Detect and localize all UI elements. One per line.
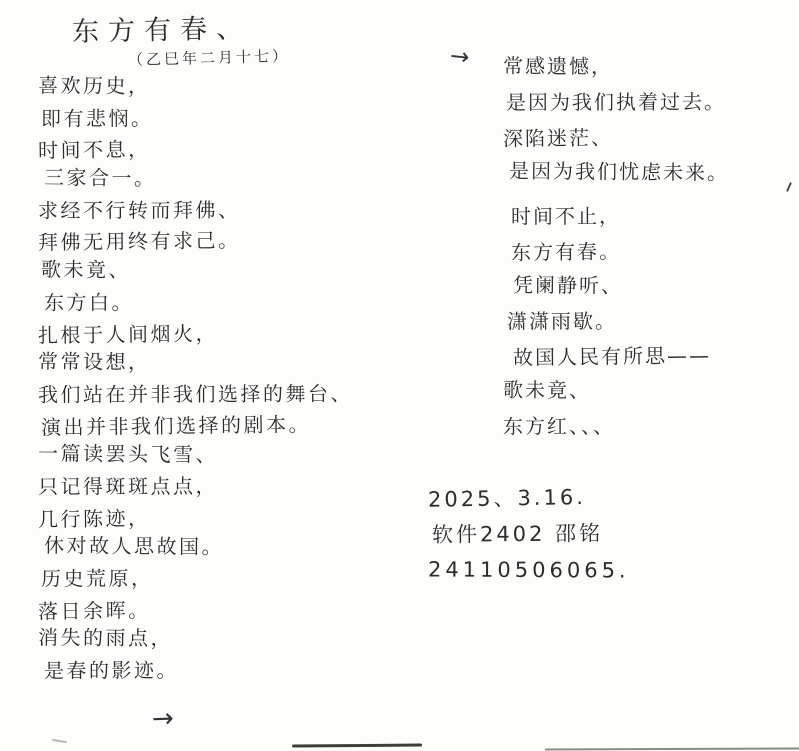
poem-line: 喜欢历史， xyxy=(38,70,448,104)
page-edge-line xyxy=(545,748,799,751)
handwritten-poem-page: 东方有春、 （乙巳年二月十七） 喜欢历史， 即有悲悯。 时间不息， 三家合一。 … xyxy=(0,0,799,751)
poem-line: 演出并非我们选择的剧本。 xyxy=(38,407,448,443)
poem-line: 是因为我们执着过去。 xyxy=(503,84,793,120)
poem-line: 时间不息， xyxy=(38,131,448,167)
poem-line: 几行陈迹， xyxy=(38,499,448,535)
poem-title: 东方有春、 xyxy=(72,6,253,49)
poem-line: 我们站在并非我们选择的舞台、 xyxy=(38,378,448,410)
poem-line: 深陷迷茫、 xyxy=(503,118,793,157)
poem-line: 故国人民有所思—— xyxy=(503,337,793,376)
poem-line: 即有悲悯。 xyxy=(38,102,448,134)
page-edge-mark xyxy=(52,739,67,743)
poem-line: 历史荒原， xyxy=(38,562,448,594)
poem-line: 拜佛无用终有求己。 xyxy=(38,223,448,259)
poem-line: 只记得斑斑点点， xyxy=(38,470,448,502)
poem-line: 休对故人思故国。 xyxy=(38,531,448,565)
poem-line: 是因为我们忧虑未来。 xyxy=(503,154,793,192)
poem-line: 一篇读罢头飞雪、 xyxy=(38,438,448,472)
poem-line: 扎根于人间烟火， xyxy=(38,315,448,351)
poem-line: 消失的雨点， xyxy=(38,623,448,657)
signature-class-and-name: 软件2402 邵铭 xyxy=(428,515,630,553)
poem-line: 三家合一。 xyxy=(38,162,448,196)
poem-line: 歌未竟、 xyxy=(38,254,448,288)
continuation-arrow-icon: → xyxy=(449,43,471,71)
poem-line: 凭阑静听、 xyxy=(503,268,793,306)
poem-line: 东方白。 xyxy=(38,286,448,318)
poem-line: 常常设想， xyxy=(38,346,448,380)
poem-line: 求经不行转而拜佛、 xyxy=(38,194,448,226)
poem-line: 时间不止， xyxy=(503,198,793,234)
signature-date: 2025、3.16. xyxy=(428,478,630,518)
poem-line: 常感遗憾， xyxy=(503,49,793,87)
signature-student-id: 24110506065. xyxy=(428,551,630,588)
poem-line: 是春的影迹。 xyxy=(38,654,448,686)
poem-line: 潇潇雨歇。 xyxy=(503,303,793,339)
page-edge-line xyxy=(292,744,422,747)
poem-line: 落日余晖。 xyxy=(38,591,448,627)
poem-line: 东方有春。 xyxy=(503,232,793,271)
poem-left-column: 喜欢历史， 即有悲悯。 时间不息， 三家合一。 求经不行转而拜佛、 拜佛无用终有… xyxy=(38,72,448,686)
continuation-arrow-icon: → xyxy=(151,704,174,735)
poem-date-note: （乙巳年二月十七） xyxy=(128,45,291,70)
poem-line: 歌未竟、 xyxy=(503,373,793,411)
poem-line: 东方红、、、 xyxy=(503,408,793,444)
poem-right-column: 常感遗憾， 是因为我们执着过去。 深陷迷茫、 是因为我们忧虑未来。 时间不止， … xyxy=(503,50,793,444)
signature-block: 2025、3.16. 软件2402 邵铭 24110506065. xyxy=(428,480,630,588)
